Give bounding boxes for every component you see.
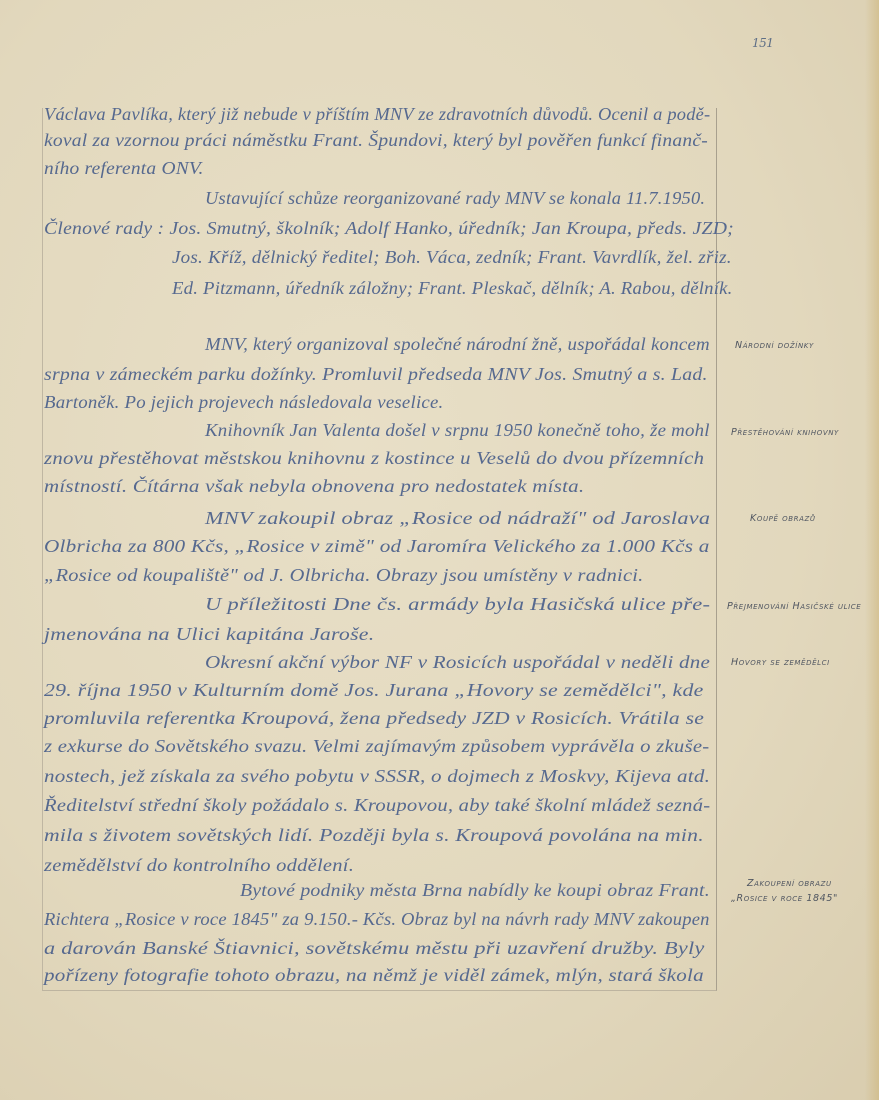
handwritten-line: Členové rady : Jos. Smutný, školník; Ado…: [44, 218, 734, 239]
chronicle-page: 151 Václava Pavlíka, který již nebude v …: [0, 0, 879, 1100]
handwritten-line: Ustavující schůze reorganizované rady MN…: [205, 188, 705, 209]
handwritten-line: a darován Banské Štiavnici, sovětskému m…: [44, 938, 705, 959]
handwritten-line: místností. Čítárna však nebyla obnovena …: [44, 476, 584, 497]
page-number: 151: [752, 36, 773, 50]
margin-note: Přejmenování Hasičské ulice: [727, 601, 861, 612]
margin-note: Národní dožínky: [735, 340, 814, 351]
handwritten-line: znovu přestěhovat městskou knihovnu z ko…: [44, 448, 704, 469]
handwritten-line: koval za vzornou práci náměstku Frant. Š…: [44, 130, 708, 151]
handwritten-line: Ed. Pitzmann, úředník záložny; Frant. Pl…: [172, 278, 733, 299]
margin-note: Zakoupení obrazu: [747, 878, 832, 889]
handwritten-line: Bartoněk. Po jejich projevech následoval…: [44, 392, 443, 413]
handwritten-line: zemědělství do kontrolního oddělení.: [44, 855, 354, 876]
handwritten-line: 29. října 1950 v Kulturním domě Jos. Jur…: [44, 680, 704, 701]
handwritten-line: „Rosice od koupaliště" od J. Olbricha. O…: [44, 565, 644, 586]
handwritten-line: mila s životem sovětských lidí. Později …: [44, 825, 704, 846]
margin-note: Hovory se zemědělci: [731, 657, 830, 668]
page-edge-shadow: [865, 0, 879, 1100]
handwritten-line: pořízeny fotografie tohoto obrazu, na ně…: [44, 965, 704, 986]
handwritten-line: Olbricha za 800 Kčs, „Rosice v zimě" od …: [44, 536, 710, 557]
handwritten-line: Knihovník Jan Valenta došel v srpnu 1950…: [205, 420, 710, 441]
handwritten-line: Václava Pavlíka, který již nebude v příš…: [44, 104, 710, 125]
handwritten-line: srpna v zámeckém parku dožínky. Promluvi…: [44, 364, 708, 385]
handwritten-line: ního referenta ONV.: [44, 158, 204, 179]
handwritten-line: z exkurse do Sovětského svazu. Velmi zaj…: [44, 736, 709, 757]
handwritten-line: jmenována na Ulici kapitána Jaroše.: [44, 624, 374, 645]
handwritten-line: nostech, jež získala za svého pobytu v S…: [44, 766, 710, 787]
handwritten-line: Jos. Kříž, dělnický ředitel; Boh. Váca, …: [172, 247, 732, 268]
handwritten-line: MNV zakoupil obraz „Rosice od nádraží" o…: [205, 508, 710, 529]
margin-note: „Rosice v roce 1845": [731, 893, 838, 904]
handwritten-line: Okresní akční výbor NF v Rosicích uspořá…: [205, 652, 710, 673]
handwritten-line: U příležitosti Dne čs. armády byla Hasič…: [205, 594, 710, 615]
handwritten-line: Bytové podniky města Brna nabídly ke kou…: [240, 880, 710, 901]
margin-note: Přestěhování knihovny: [731, 427, 839, 438]
handwritten-line: Ředitelství střední školy požádalo s. Kr…: [44, 795, 710, 816]
handwritten-line: promluvila referentka Kroupová, žena pře…: [44, 708, 704, 729]
handwritten-line: MNV, který organizoval společné národní …: [205, 334, 710, 355]
margin-note: Koupě obrazů: [750, 513, 816, 524]
handwritten-line: Richtera „Rosice v roce 1845" za 9.150.-…: [44, 909, 710, 930]
